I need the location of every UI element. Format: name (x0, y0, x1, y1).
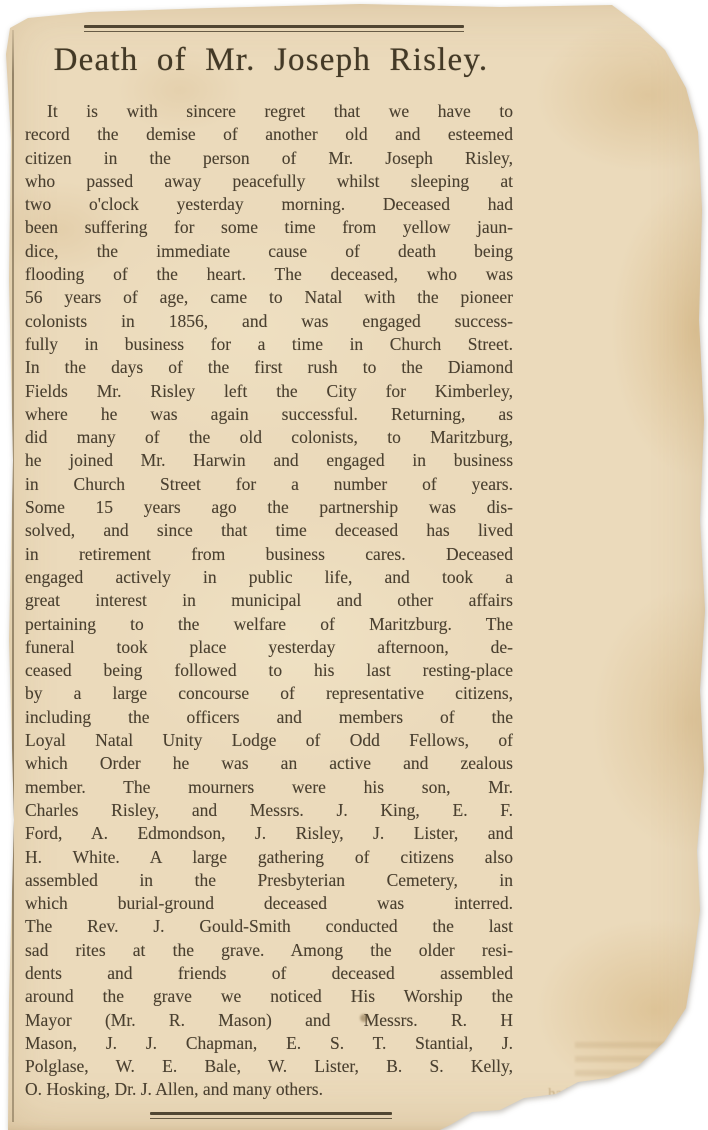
article-line: engaged actively in public life, and too… (25, 566, 513, 589)
article-line: Charles Risley, and Messrs. J. King, E. … (25, 799, 513, 822)
article-line: Some 15 years ago the partnership was di… (25, 496, 513, 519)
article-line: record the demise of another old and est… (25, 123, 513, 146)
article-body: It is with sincere regret that we have t… (25, 100, 513, 1102)
article-line: The Rev. J. Gould-Smith conducted the la… (25, 915, 513, 938)
article-line: did many of the old colonists, to Maritz… (25, 426, 513, 449)
article-line: which burial-ground deceased was interre… (25, 892, 513, 915)
article-line: It is with sincere regret that we have t… (25, 100, 513, 123)
rule-thin-line (84, 31, 464, 32)
newspaper-clipping: had Death of Mr. Joseph Risley. It is wi… (0, 0, 708, 1130)
rule-thick-line (150, 1112, 392, 1115)
article-line: Loyal Natal Unity Lodge of Odd Fellows, … (25, 729, 513, 752)
article-line: Ford, A. Edmondson, J. Risley, J. Lister… (25, 822, 513, 845)
paper-stain-spot (554, 1111, 568, 1119)
article-line: fully in business for a time in Church S… (25, 333, 513, 356)
article-line: Mayor (Mr. R. Mason) and Messrs. R. H (25, 1009, 513, 1032)
article-line: Fields Mr. Risley left the City for Kimb… (25, 380, 513, 403)
article-line: by a large concourse of representative c… (25, 682, 513, 705)
article-line: two o'clock yesterday morning. Deceased … (25, 193, 513, 216)
article-line: dents and friends of deceased assembled (25, 962, 513, 985)
article-line: which Order he was an active and zealous (25, 752, 513, 775)
article-line: he joined Mr. Harwin and engaged in busi… (25, 449, 513, 472)
article-line: colonists in 1856, and was engaged succe… (25, 310, 513, 333)
article-line: pertaining to the welfare of Maritzburg.… (25, 613, 513, 636)
clipping-paper: had Death of Mr. Joseph Risley. It is wi… (0, 0, 708, 1130)
article-line: great interest in municipal and other af… (25, 589, 513, 612)
article-line: O. Hosking, Dr. J. Allen, and many other… (25, 1078, 513, 1101)
top-double-rule (84, 25, 464, 32)
article-line: Polglase, W. E. Bale, W. Lister, B. S. K… (25, 1055, 513, 1078)
article-line: Mason, J. J. Chapman, E. S. T. Stantial,… (25, 1032, 513, 1055)
article-line: sad rites at the grave. Among the older … (25, 939, 513, 962)
article-line: solved, and since that time deceased has… (25, 519, 513, 542)
article-line: 56 years of age, came to Natal with the … (25, 286, 513, 309)
edge-ink-mark (3, 1089, 7, 1096)
article-line: member. The mourners were his son, Mr. (25, 776, 513, 799)
article-line: including the officers and members of th… (25, 706, 513, 729)
rule-thick-line (84, 25, 464, 28)
article-line: in Church Street for a number of years. (25, 473, 513, 496)
article-headline: Death of Mr. Joseph Risley. (25, 42, 517, 79)
article-line: been suffering for some time from yellow… (25, 216, 513, 239)
rule-thin-line (150, 1118, 392, 1119)
scanner-background: had Death of Mr. Joseph Risley. It is wi… (0, 0, 708, 1130)
article-content: Death of Mr. Joseph Risley. It is with s… (0, 0, 708, 1130)
article-line: flooding of the heart. The deceased, who… (25, 263, 513, 286)
article-line: dice, the immediate cause of death being (25, 240, 513, 263)
article-line: ceased being followed to his last restin… (25, 659, 513, 682)
article-line: where he was again successful. Returning… (25, 403, 513, 426)
article-line: funeral took place yesterday afternoon, … (25, 636, 513, 659)
article-line: in retirement from business cares. Decea… (25, 543, 513, 566)
article-line: assembled in the Presbyterian Cemetery, … (25, 869, 513, 892)
article-line: who passed away peacefully whilst sleepi… (25, 170, 513, 193)
article-line: In the days of the first rush to the Dia… (25, 356, 513, 379)
edge-ink-mark (4, 1056, 8, 1063)
article-line: citizen in the person of Mr. Joseph Risl… (25, 147, 513, 170)
bottom-double-rule (150, 1112, 392, 1119)
article-line: around the grave we noticed His Worship … (25, 985, 513, 1008)
article-line: H. White. A large gathering of citizens … (25, 846, 513, 869)
ink-smudge (360, 1014, 368, 1022)
